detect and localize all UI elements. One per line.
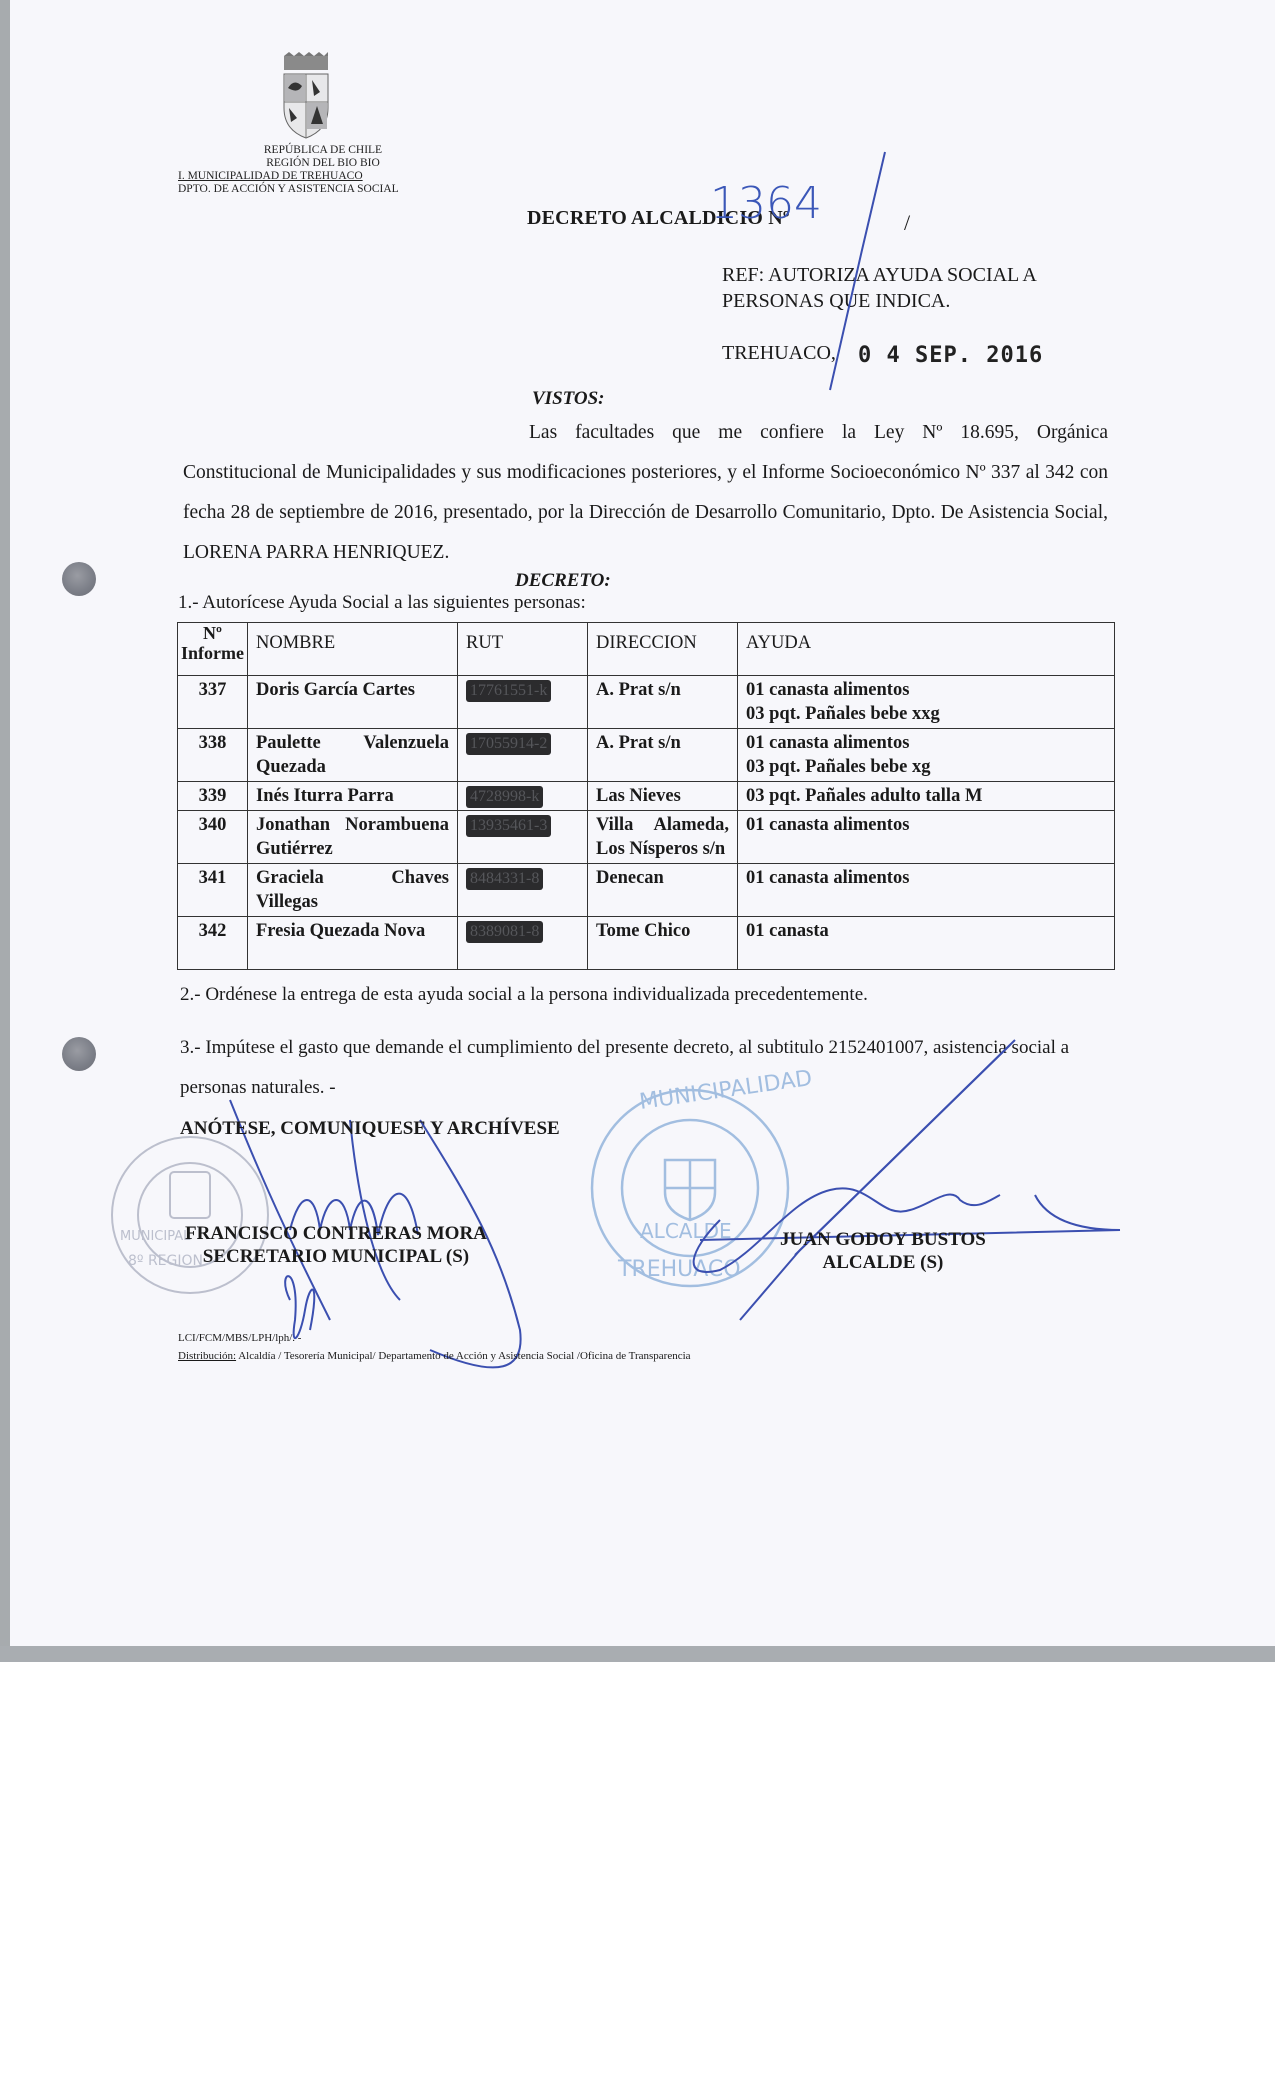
report-number: 340 bbox=[178, 811, 248, 864]
address: Villa Alameda, Los Nísperos s/n bbox=[588, 811, 738, 864]
mayor-name: JUAN GODOY BUSTOS bbox=[780, 1228, 986, 1251]
decree-number-handwritten: 1364 bbox=[710, 178, 822, 229]
org-region: REGIÓN DEL BIO BIO bbox=[178, 157, 468, 170]
beneficiaries-table: Nº Informe NOMBRE RUT DIRECCION AYUDA 33… bbox=[177, 622, 1115, 970]
decreto-heading: DECRETO: bbox=[515, 570, 611, 592]
table-row: 338 Paulette Valenzuela Quezada 17055914… bbox=[178, 729, 1115, 782]
table-row: 337 Doris García Cartes 17761551-k A. Pr… bbox=[178, 676, 1115, 729]
table-row: 342 Fresia Quezada Nova 8389081-8 Tome C… bbox=[178, 917, 1115, 970]
coat-of-arms-icon bbox=[280, 52, 332, 142]
distribution-recipients: Alcaldía / Tesorería Municipal/ Departam… bbox=[236, 1350, 690, 1362]
decree-item-1: 1.- Autorícese Ayuda Social a las siguie… bbox=[178, 592, 586, 614]
vistos-paragraph: Las facultades que me confiere la Ley Nº… bbox=[183, 413, 1108, 573]
address: Las Nieves bbox=[588, 782, 738, 811]
report-number: 338 bbox=[178, 729, 248, 782]
header-rut: RUT bbox=[458, 623, 588, 676]
secretary-title: SECRETARIO MUNICIPAL (S) bbox=[185, 1245, 487, 1268]
rut-cell: 8484331-8 bbox=[458, 864, 588, 917]
date-stamp: 0 4 SEP. 2016 bbox=[858, 343, 1043, 368]
header-report-number: Nº Informe bbox=[178, 623, 248, 676]
address: Tome Chico bbox=[588, 917, 738, 970]
beneficiary-name: Paulette Valenzuela Quezada bbox=[248, 729, 458, 782]
report-number: 342 bbox=[178, 917, 248, 970]
decree-number-suffix: / bbox=[904, 210, 910, 236]
aid-cell: 01 canasta alimentos bbox=[738, 864, 1115, 917]
punch-hole-icon bbox=[62, 562, 96, 596]
redacted-rut: 4728998-k bbox=[466, 786, 543, 808]
org-municipality: I. MUNICIPALIDAD DE TREHUACO bbox=[178, 170, 468, 183]
address: A. Prat s/n bbox=[588, 676, 738, 729]
table-row: 339 Inés Iturra Parra 4728998-k Las Niev… bbox=[178, 782, 1115, 811]
aid-cell: 01 canasta alimentos03 pqt. Pañales bebe… bbox=[738, 729, 1115, 782]
mayor-title: ALCALDE (S) bbox=[780, 1251, 986, 1274]
closing-formula: ANÓTESE, COMUNIQUESE Y ARCHÍVESE bbox=[180, 1118, 560, 1140]
vistos-heading: VISTOS: bbox=[532, 388, 605, 410]
table-row: 340 Jonathan Norambuena Gutiérrez 139354… bbox=[178, 811, 1115, 864]
redacted-rut: 8389081-8 bbox=[466, 921, 543, 943]
rut-cell: 13935461-3 bbox=[458, 811, 588, 864]
aid-cell: 01 canasta alimentos03 pqt. Pañales bebe… bbox=[738, 676, 1115, 729]
rut-cell: 17055914-2 bbox=[458, 729, 588, 782]
secretary-signature-block: FRANCISCO CONTRERAS MORA SECRETARIO MUNI… bbox=[185, 1222, 487, 1268]
decree-reference: REF: AUTORIZA AYUDA SOCIAL A PERSONAS QU… bbox=[722, 262, 1037, 314]
beneficiary-name: Graciela Chaves Villegas bbox=[248, 864, 458, 917]
org-country: REPÚBLICA DE CHILE bbox=[178, 144, 468, 157]
rut-cell: 17761551-k bbox=[458, 676, 588, 729]
secretary-name: FRANCISCO CONTRERAS MORA bbox=[185, 1222, 487, 1245]
distribution-label: Distribución: bbox=[178, 1350, 236, 1362]
aid-cell: 01 canasta alimentos bbox=[738, 811, 1115, 864]
distribution-list: Distribución: Alcaldía / Tesorería Munic… bbox=[178, 1350, 691, 1362]
beneficiary-name: Jonathan Norambuena Gutiérrez bbox=[248, 811, 458, 864]
aid-cell: 03 pqt. Pañales adulto talla M bbox=[738, 782, 1115, 811]
table-row: 341 Graciela Chaves Villegas 8484331-8 D… bbox=[178, 864, 1115, 917]
header-name: NOMBRE bbox=[248, 623, 458, 676]
report-number: 337 bbox=[178, 676, 248, 729]
address: A. Prat s/n bbox=[588, 729, 738, 782]
beneficiary-name: Fresia Quezada Nova bbox=[248, 917, 458, 970]
redacted-rut: 13935461-3 bbox=[466, 815, 551, 837]
aid-cell: 01 canasta bbox=[738, 917, 1115, 970]
redacted-rut: 17761551-k bbox=[466, 680, 551, 702]
report-number: 339 bbox=[178, 782, 248, 811]
decree-place: TREHUACO, bbox=[722, 342, 836, 365]
redacted-rut: 8484331-8 bbox=[466, 868, 543, 890]
beneficiary-name: Doris García Cartes bbox=[248, 676, 458, 729]
decree-item-2: 2.- Ordénese la entrega de esta ayuda so… bbox=[180, 984, 868, 1006]
rut-cell: 4728998-k bbox=[458, 782, 588, 811]
issuing-organization: REPÚBLICA DE CHILE REGIÓN DEL BIO BIO I.… bbox=[178, 144, 468, 196]
redacted-rut: 17055914-2 bbox=[466, 733, 551, 755]
address: Denecan bbox=[588, 864, 738, 917]
reference-initials: LCI/FCM/MBS/LPH/lph/. - bbox=[178, 1332, 301, 1344]
reference-line: REF: AUTORIZA AYUDA SOCIAL A bbox=[722, 262, 1037, 288]
reference-line: PERSONAS QUE INDICA. bbox=[722, 288, 1037, 314]
org-department: DPTO. DE ACCIÓN Y ASISTENCIA SOCIAL bbox=[178, 183, 468, 196]
report-number: 341 bbox=[178, 864, 248, 917]
decree-item-3: 3.- Impútese el gasto que demande el cum… bbox=[180, 1028, 1120, 1108]
punch-hole-icon bbox=[62, 1037, 96, 1071]
mayor-signature-block: JUAN GODOY BUSTOS ALCALDE (S) bbox=[780, 1228, 986, 1274]
header-aid: AYUDA bbox=[738, 623, 1115, 676]
header-address: DIRECCION bbox=[588, 623, 738, 676]
beneficiary-name: Inés Iturra Parra bbox=[248, 782, 458, 811]
rut-cell: 8389081-8 bbox=[458, 917, 588, 970]
table-header-row: Nº Informe NOMBRE RUT DIRECCION AYUDA bbox=[178, 623, 1115, 676]
scanner-edge bbox=[0, 1646, 1275, 1662]
